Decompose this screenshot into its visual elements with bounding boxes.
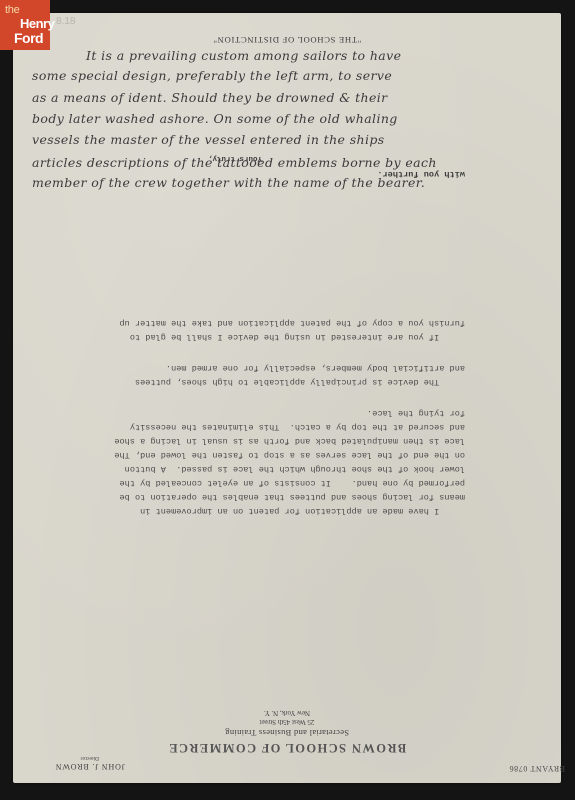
director-name: JOHN J. BROWN <box>55 762 125 771</box>
typed-line: means for lacing shoes and puttees that … <box>45 490 465 504</box>
paragraph-gap <box>45 344 465 361</box>
letterhead-phone-number: BRYANT 0786 <box>509 764 565 773</box>
handwritten-line: member of the crew together with the nam… <box>32 175 425 190</box>
typed-line: furnish you a copy of the patent applica… <box>45 316 465 330</box>
typed-letter-upside-down: BRYANT 0786 JOHN J. BROWN Director BROWN… <box>13 13 561 783</box>
typed-line: lower hook of the shoe through which the… <box>45 462 465 476</box>
letterhead: BROWN SCHOOL OF COMMERCE Secretarial and… <box>13 709 561 755</box>
handwritten-line: It is a prevailing custom among sailors … <box>86 48 401 63</box>
handwritten-line: body later washed ashore. On some of the… <box>32 111 398 126</box>
the-henry-ford-logo: the Henry Ford <box>0 0 50 50</box>
typed-line: The device is principally applicable to … <box>45 375 465 389</box>
letterhead-director: JOHN J. BROWN Director <box>55 755 125 771</box>
handwritten-line: articles descriptions of the tattooed em… <box>32 155 437 170</box>
logo-text-ford: Ford <box>14 31 43 45</box>
logo-text-henry: Henry <box>20 17 54 30</box>
handwritten-line: some special design, preferably the left… <box>32 68 392 83</box>
handwritten-line: vessels the master of the vessel entered… <box>32 132 385 147</box>
school-name: BROWN SCHOOL OF COMMERCE <box>13 740 561 755</box>
paragraph-3: If you are interested in using the devic… <box>45 316 465 344</box>
typed-line: performed by one hand. It consists of an… <box>45 476 465 490</box>
typed-line: and artificial body members, especially … <box>45 361 465 375</box>
typed-line: on the end of the lace serves as a stop … <box>45 448 465 462</box>
typed-line: and secured at the top by a catch. This … <box>45 420 465 434</box>
logo-text-the: the <box>5 5 19 16</box>
typed-line: If you are interested in using the devic… <box>45 330 465 344</box>
paragraph-1: I have made an application for patent on… <box>45 406 465 518</box>
school-motto: "THE SCHOOL OF DISTINCTION" <box>13 35 561 45</box>
paragraph-2: The device is principally applicable to … <box>45 361 465 389</box>
handwritten-line: as a means of ident. Should they be drow… <box>32 90 388 105</box>
paragraph-gap <box>45 389 465 406</box>
typed-line: lace is then manipulated back and forth … <box>45 434 465 448</box>
school-address-city: New York, N. Y. <box>13 709 561 717</box>
letter-body: I have made an application for patent on… <box>45 316 465 518</box>
school-subtitle: Secretarial and Business Training <box>13 728 561 738</box>
director-title: Director <box>55 755 125 761</box>
pencil-annotation: 8.18 <box>56 16 75 27</box>
school-address-street: 25 West 45th Street <box>13 718 561 726</box>
typed-line: I have made an application for patent on… <box>45 504 465 518</box>
typed-line: for tying the lace. <box>45 406 465 420</box>
